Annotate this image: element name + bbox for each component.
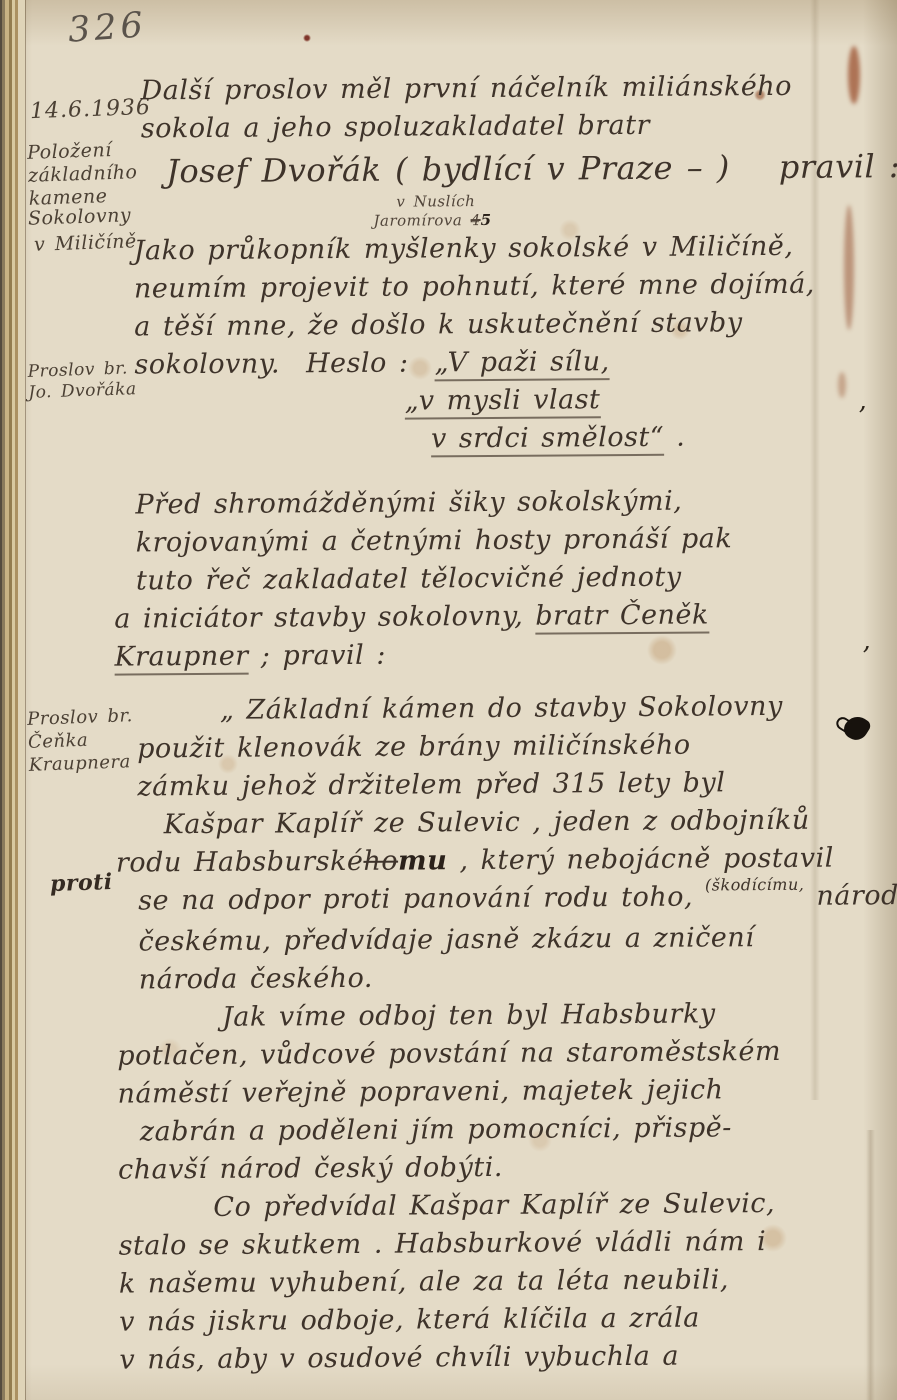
text-line: Další proslov měl první náčelník miliáns…: [110, 67, 855, 110]
text-line: v nás jiskru odboje, která klíčila a zrá…: [119, 1298, 864, 1341]
manuscript-page: 326 14.6.1936 Položení základního kamene…: [10, 0, 897, 1400]
body-text: Další proslov měl první náčelník miliáns…: [110, 67, 864, 1379]
text-line: Jak víme odboj ten byl Habsburky: [117, 994, 862, 1037]
margin-correction-proti: proti: [50, 871, 113, 896]
book-binding-edge: [0, 0, 25, 1400]
text-line: českému, předvídaje jasně zkázu a zničen…: [116, 918, 861, 961]
text-line: sokolovny. Heslo : „V paži sílu,: [112, 341, 857, 384]
text-line: k našemu vyhubení, ale za ta léta neubil…: [119, 1260, 864, 1303]
text-line: Kraupner ; pravil :: [114, 633, 859, 676]
text-line: krojovanými a četnými hosty pronáší pak: [114, 519, 859, 562]
text-line: náměstí veřejně popraveni, majetek jejic…: [117, 1070, 862, 1113]
text-line: potlačen, vůdcové povstání na staroměsts…: [117, 1032, 862, 1075]
text-line: Josef Dvořák ( bydlící v Praze – ) pravi…: [111, 143, 856, 194]
text-line: v nás, aby v osudové chvíli vybuchla a: [119, 1336, 864, 1379]
text-line: v srdci smělost“ .: [113, 417, 858, 460]
text-line: Jako průkopník myšlenky sokolské v Milič…: [112, 227, 857, 270]
text-line: „v mysli vlast: [113, 379, 858, 422]
text-line: „ Základní kámen do stavby Sokolovny: [115, 687, 860, 730]
text-line: a iniciátor stavby sokolovny, bratr Čeně…: [114, 595, 859, 638]
text-line: sokola a jeho spoluzakladatel bratr: [111, 105, 856, 148]
paper-crease: [866, 1130, 875, 1400]
rust-stain: [844, 205, 854, 330]
text-line: chavší národ český dobýti.: [118, 1146, 863, 1189]
text-line: stalo se skutkem . Habsburkové vládli ná…: [119, 1222, 864, 1265]
stray-ink-mark: ’: [862, 642, 870, 672]
stray-ink-mark: ’: [858, 402, 866, 432]
text-line: zámku jehož držitelem před 315 lety byl: [115, 763, 860, 806]
text-line: se na odpor proti panování rodu toho, (š…: [116, 877, 861, 923]
text-line: neumím projevit to pohnutí, které mne do…: [112, 265, 857, 308]
text-line: národa českého.: [117, 956, 862, 999]
manuscript-scan: 326 14.6.1936 Položení základního kamene…: [0, 0, 897, 1400]
text-line: zabrán a poděleni jím pomocníci, přispě-: [118, 1108, 863, 1151]
text-line: a těší mne, že došlo k uskutečnění stavb…: [112, 303, 857, 346]
page-number: 326: [67, 5, 148, 50]
text-line: Co předvídal Kašpar Kaplíř ze Sulevic,: [118, 1184, 863, 1227]
rust-stain: [838, 372, 846, 398]
rust-stain: [848, 46, 860, 104]
text-line: tuto řeč zakladatel tělocvičné jednoty: [114, 557, 859, 600]
text-line: Kašpar Kaplíř ze Sulevic , jeden z odboj…: [116, 801, 861, 844]
text-line: Před shromážděnými šiky sokolskými,: [113, 481, 858, 524]
text-line: použit klenovák ze brány miličínského: [115, 725, 860, 768]
